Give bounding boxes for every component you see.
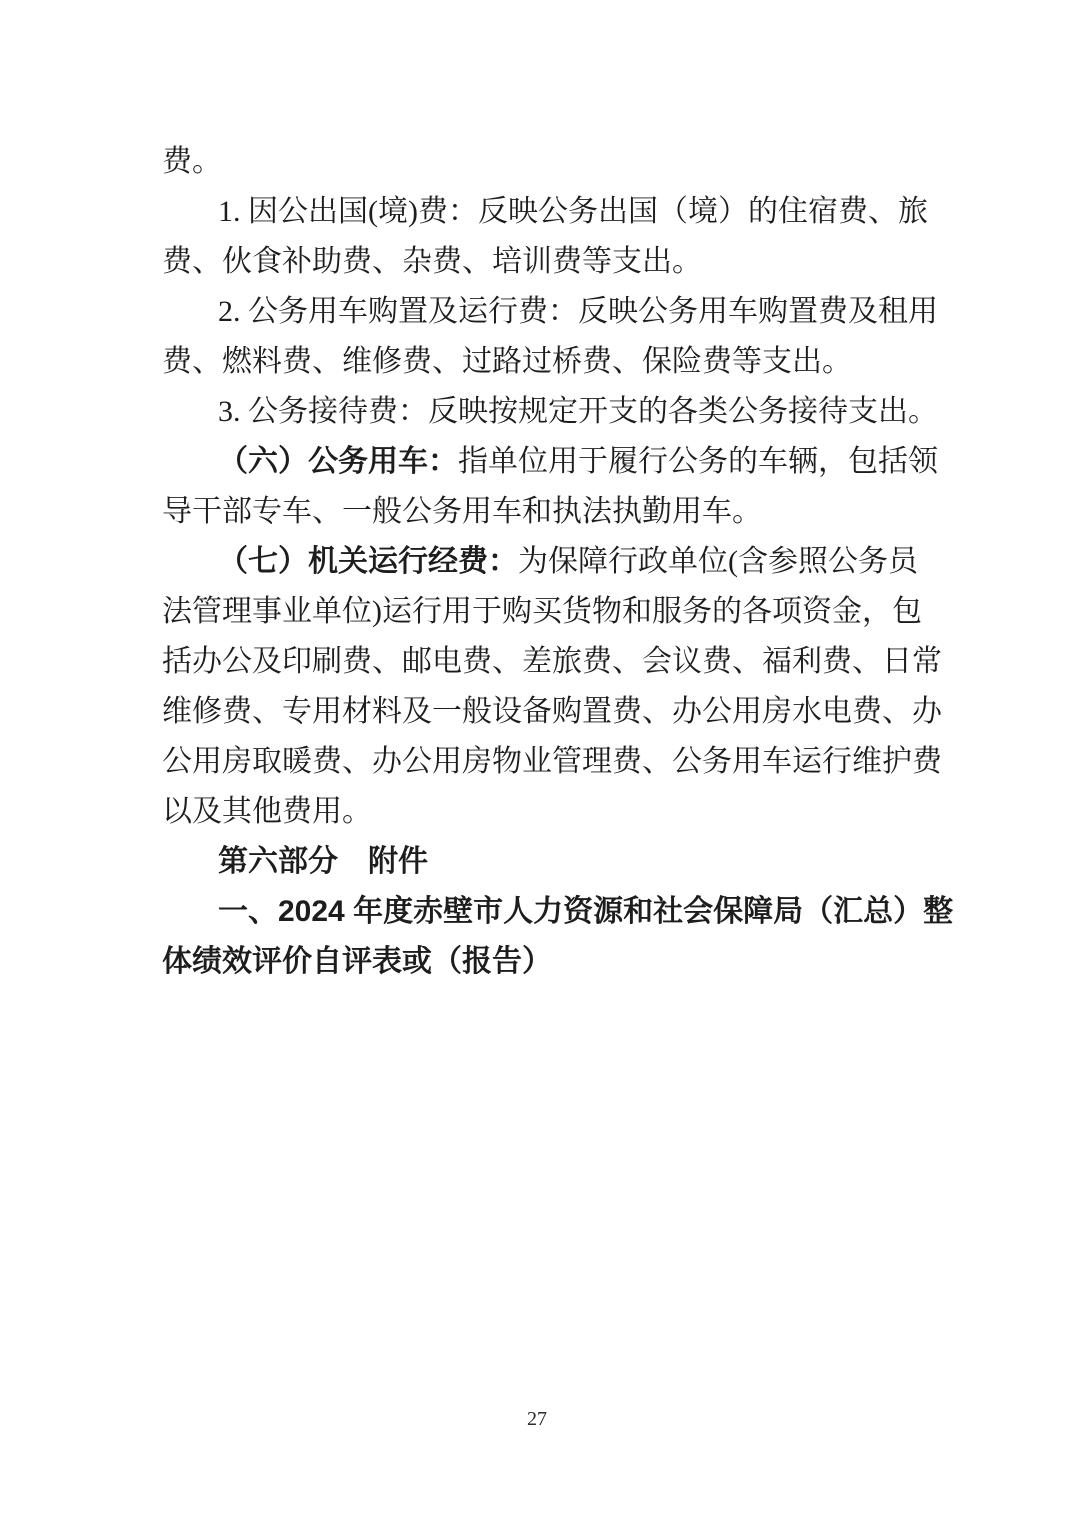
document-body: 费。1. 因公出国(境)费：反映公务出国（境）的住宿费、旅费、伙食补助费、杂费、… [162, 137, 907, 987]
text-segment: 费、燃料费、维修费、过路过桥费、保险费等支出。 [162, 345, 852, 378]
text-line: 费、伙食补助费、杂费、培训费等支出。 [162, 237, 907, 287]
text-line: （六）公务用车：指单位用于履行公务的车辆，包括领 [162, 437, 907, 487]
text-segment: 指单位用于履行公务的车辆，包括领 [458, 445, 938, 478]
text-segment: （七）机关运行经费： [218, 545, 518, 578]
text-segment: 一、2024 年度赤壁市人力资源和社会保障局（汇总）整 [218, 895, 953, 928]
text-line: 2. 公务用车购置及运行费：反映公务用车购置费及租用 [162, 287, 907, 337]
text-line: （七）机关运行经费：为保障行政单位(含参照公务员 [162, 537, 907, 587]
text-segment: （六）公务用车： [218, 445, 458, 478]
text-line: 括办公及印刷费、邮电费、差旅费、会议费、福利费、日常 [162, 637, 907, 687]
text-line: 导干部专车、一般公务用车和执法执勤用车。 [162, 487, 907, 537]
text-segment: 为保障行政单位(含参照公务员 [518, 545, 918, 578]
text-line: 第六部分 附件 [162, 837, 907, 887]
text-segment: 括办公及印刷费、邮电费、差旅费、会议费、福利费、日常 [162, 645, 942, 678]
text-line: 维修费、专用材料及一般设备购置费、办公用房水电费、办 [162, 687, 907, 737]
text-segment: 1. 因公出国(境)费：反映公务出国（境）的住宿费、旅 [218, 195, 928, 228]
text-segment: 以及其他费用。 [162, 795, 372, 828]
text-line: 体绩效评价自评表或（报告） [162, 937, 907, 987]
text-segment: 维修费、专用材料及一般设备购置费、办公用房水电费、办 [162, 695, 942, 728]
text-line: 费、燃料费、维修费、过路过桥费、保险费等支出。 [162, 337, 907, 387]
document-page: 费。1. 因公出国(境)费：反映公务出国（境）的住宿费、旅费、伙食补助费、杂费、… [0, 0, 1074, 1520]
text-segment: 体绩效评价自评表或（报告） [162, 945, 552, 978]
text-line: 公用房取暖费、办公用房物业管理费、公务用车运行维护费 [162, 737, 907, 787]
text-line: 费。 [162, 137, 907, 187]
text-segment: 费。 [162, 145, 222, 178]
text-segment: 法管理事业单位)运行用于购买货物和服务的各项资金，包 [162, 595, 922, 628]
text-segment: 公用房取暖费、办公用房物业管理费、公务用车运行维护费 [162, 745, 942, 778]
text-line: 3. 公务接待费：反映按规定开支的各类公务接待支出。 [162, 387, 907, 437]
text-segment: 3. 公务接待费：反映按规定开支的各类公务接待支出。 [218, 395, 938, 428]
text-line: 1. 因公出国(境)费：反映公务出国（境）的住宿费、旅 [162, 187, 907, 237]
text-segment: 费、伙食补助费、杂费、培训费等支出。 [162, 245, 702, 278]
text-line: 以及其他费用。 [162, 787, 907, 837]
text-segment: 2. 公务用车购置及运行费：反映公务用车购置费及租用 [218, 295, 938, 328]
text-line: 法管理事业单位)运行用于购买货物和服务的各项资金，包 [162, 587, 907, 637]
text-segment: 导干部专车、一般公务用车和执法执勤用车。 [162, 495, 762, 528]
text-line: 一、2024 年度赤壁市人力资源和社会保障局（汇总）整 [162, 887, 907, 937]
text-segment: 第六部分 附件 [218, 845, 428, 878]
page-number: 27 [0, 1408, 1074, 1431]
